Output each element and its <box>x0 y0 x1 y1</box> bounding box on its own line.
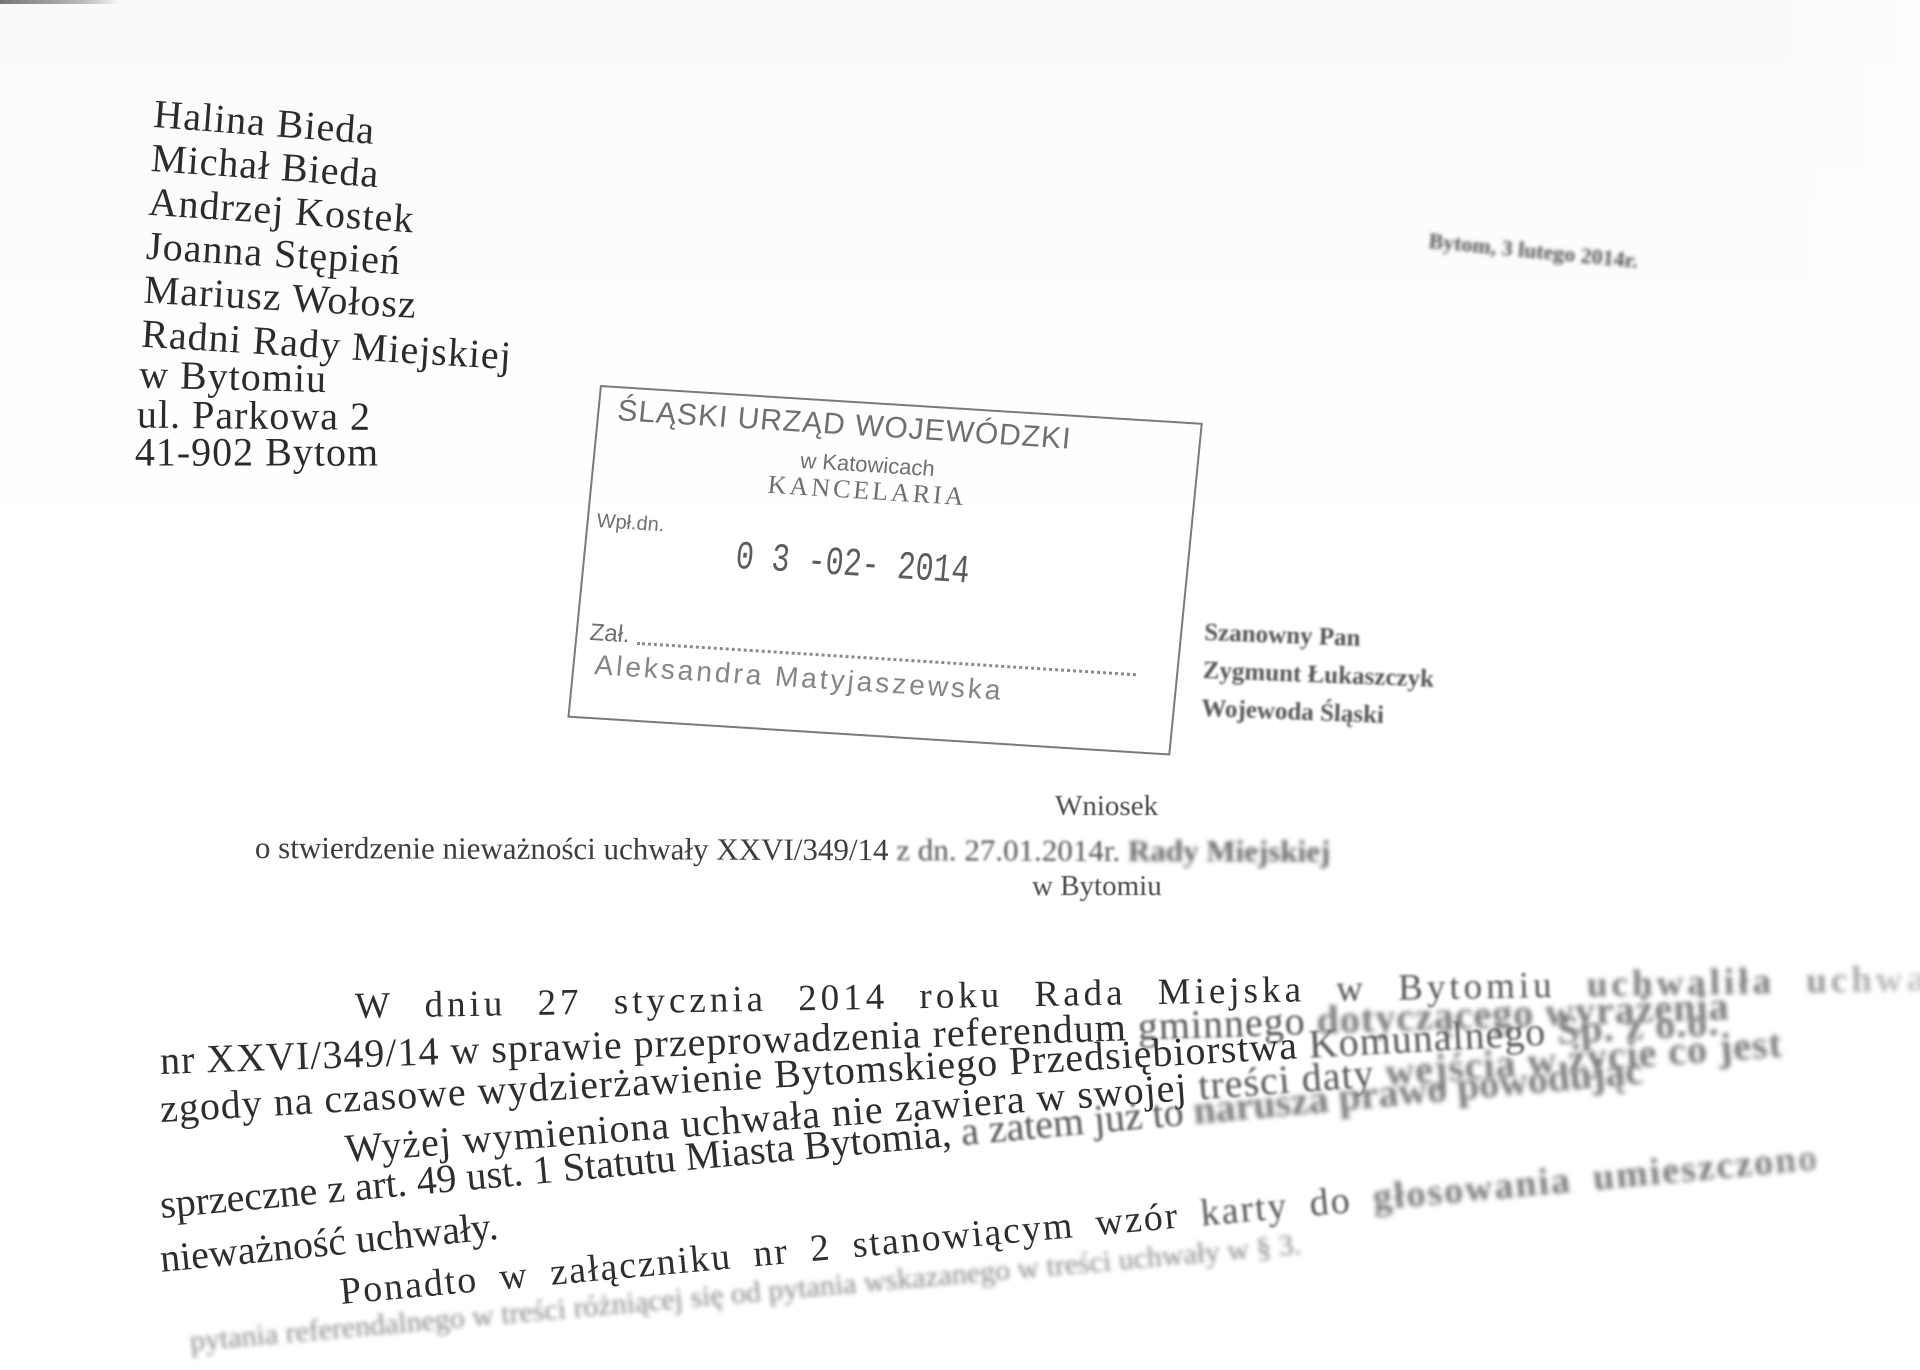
title-subject-date: z dn. 27.01.2014r. <box>896 832 1120 868</box>
text-segment: głosowania umieszczono <box>1350 1137 1821 1221</box>
stamp-title: ŚLĄSKI URZĄD WOJEWÓDZKI <box>616 394 1073 456</box>
title-subject: o stwierdzenie nieważności uchwały XXVI/… <box>255 830 1330 870</box>
page-edge-shadow <box>0 0 120 4</box>
title-city: w Bytomiu <box>1032 870 1162 903</box>
scanned-document-page: Halina Bieda Michał Bieda Andrzej Kostek… <box>0 0 1920 1370</box>
stamp-office: KANCELARIA <box>766 470 968 512</box>
stamp-received-date: 0 3 -02- 2014 <box>733 536 971 596</box>
place-and-date: Bytom, 3 lutego 2014r. <box>1428 228 1640 274</box>
title-subject-council: Rady Miejskiej <box>1128 833 1330 869</box>
addressee-block: Szanowny Pan Zygmunt Łukaszczyk Wojewoda… <box>1201 614 1437 737</box>
stamp-received-label: Wpł.dn. <box>596 510 666 537</box>
stamp-signature: Aleksandra Matyjaszewska <box>593 649 1005 707</box>
text-segment: karty do <box>1199 1179 1354 1235</box>
title-main: Wniosek <box>1055 790 1158 823</box>
sender-block: Halina Bieda Michał Bieda Andrzej Kostek… <box>134 92 526 495</box>
registry-stamp: ŚLĄSKI URZĄD WOJEWÓDZKI w Katowicach KAN… <box>567 385 1202 756</box>
stamp-attachments-label: Zał. <box>588 619 631 649</box>
sender-line: 41-902 Bytom <box>135 430 506 474</box>
title-subject-part: o stwierdzenie nieważności uchwały XXVI/… <box>255 830 896 867</box>
